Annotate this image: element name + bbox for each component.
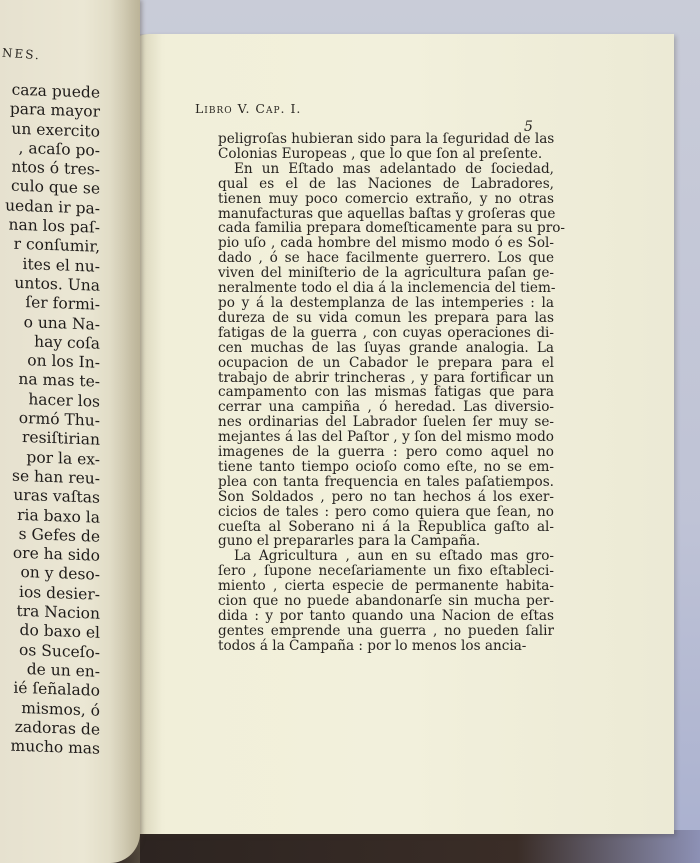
text-line: ocupacion de un Cabador le prepara para … — [218, 356, 554, 371]
text-line: tiene tanto tiempo ocioſo como eſte, no … — [218, 460, 554, 475]
text-line: mejantes á las del Paſtor , y ſon del mi… — [218, 430, 554, 445]
text-line: ore ha sido — [0, 543, 100, 566]
text-line: pio uſo , cada hombre del mismo modo ó e… — [218, 236, 554, 251]
text-line: imagenes de la guerra : pero como aquel … — [218, 445, 554, 460]
text-line: campamento con las mismas fatigas que pa… — [218, 385, 554, 400]
text-line: cerrar una campiña , ó heredad. Las dive… — [218, 400, 554, 415]
text-line: cicios de tales : pero como quiera que ſ… — [218, 505, 554, 520]
text-line: po y á la destemplanza de las intemperie… — [218, 296, 554, 311]
text-line: La Agricultura , aun en su eſtado mas gr… — [218, 549, 554, 564]
text-line: manufacturas que aquellas baſtas y groſe… — [218, 207, 554, 222]
text-line: mucho mas — [0, 736, 100, 759]
left-running-head-fragment: NES. — [2, 46, 42, 63]
text-line: nes ordinarias del Labrador ſuelen ſer m… — [218, 415, 554, 430]
text-line: untos. Una — [0, 273, 100, 296]
right-page-body-text: peligroſas hubieran sido para la ſegurid… — [218, 132, 554, 654]
text-line: r conſumir, — [0, 235, 100, 258]
text-line: dureza de su vida comun les prepara para… — [218, 311, 554, 326]
text-line: guno el prepararles para la Campaña. — [218, 534, 554, 549]
text-line: En un Eſtado mas adelantado de ſociedad, — [218, 162, 554, 177]
text-line: todos á la Campaña : por lo menos los an… — [218, 639, 554, 654]
text-line: peligroſas hubieran sido para la ſegurid… — [218, 132, 554, 147]
running-head: Libro V. Cap. I. — [195, 101, 301, 116]
text-line: tienen muy poco comercio extraño, y no o… — [218, 192, 554, 207]
text-line: cada familia prepara domeſticamente para… — [218, 221, 554, 236]
table-surface — [90, 830, 700, 863]
text-line: viven del miniſterio de la agricultura p… — [218, 266, 554, 281]
text-line: trabajo de abrir trincheras , y para for… — [218, 371, 554, 386]
text-line: ié ſeñalado — [0, 678, 100, 701]
left-page: NES. caza puedepara mayorun exercito, ac… — [0, 0, 140, 863]
text-line: un exercito — [0, 119, 100, 142]
text-line: Son Soldados , pero no tan hechos á los … — [218, 490, 554, 505]
text-line: dida : y por tanto quando una Nacion de … — [218, 609, 554, 624]
text-line: cueſta al Soberano ni á la Republica gaſ… — [218, 520, 554, 535]
text-line: miento , cierta especie de permanente ha… — [218, 579, 554, 594]
text-line: uras vaſtas — [0, 485, 100, 508]
left-page-body-text: caza puedepara mayorun exercito, acaſo p… — [0, 80, 100, 759]
text-line: neralmente todo el dia á la inclemencia … — [218, 281, 554, 296]
text-line: cen muchas de las ſuyas grande analogia.… — [218, 341, 554, 356]
text-line: cion que no puede abandonarſe sin mucha … — [218, 594, 554, 609]
text-line: gentes emprende una guerra , no pueden ſ… — [218, 624, 554, 639]
text-line: dado , ó se hace facilmente guerrero. Lo… — [218, 251, 554, 266]
text-line: plea con tanta frequencia en tales paſat… — [218, 475, 554, 490]
text-line: ſero , ſupone neceſariamente un fixo eſt… — [218, 564, 554, 579]
text-line: fatigas de la guerra , con cuyas operaci… — [218, 326, 554, 341]
text-line: qual es el de las Naciones de Labradores… — [218, 177, 554, 192]
text-line: Colonias Europeas , que lo que ſon al pr… — [218, 147, 554, 162]
